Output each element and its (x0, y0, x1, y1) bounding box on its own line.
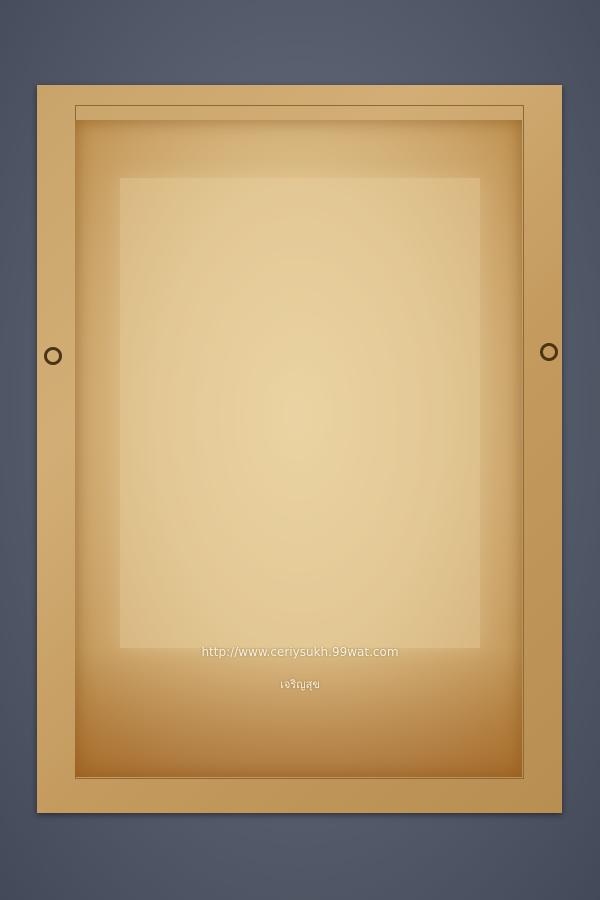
picture-frame (37, 85, 562, 813)
hanging-ring-right-icon (540, 343, 558, 361)
watermark-name: เจริญสุข (0, 675, 600, 693)
faded-inner-panel (120, 178, 480, 648)
hanging-ring-left-icon (44, 347, 62, 365)
rust-stains (75, 647, 522, 777)
watermark-url: http://www.ceriysukh.99wat.com (0, 645, 600, 659)
